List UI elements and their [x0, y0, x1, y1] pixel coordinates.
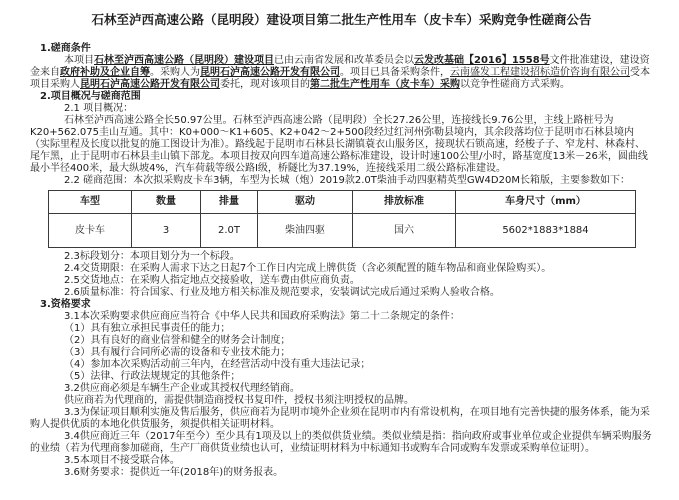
intro-paragraph: 本项目石林至泸西高速公路（昆明段）建设项目已由云南省发展和改革委员会以云发改基础…: [30, 55, 653, 91]
quality-standard-paragraph: 2.6质量标准：符合国家、行业及地方相关标准及规范要求，安装调试完成后通过采购人…: [30, 287, 653, 299]
supplier-requirement-paragraph: 3.2供应商必须是车辆生产企业或其授权代理经销商。: [30, 383, 653, 395]
cell-body-size: 5602*1883*1884: [456, 214, 636, 248]
text-segment: 政府补助及企业自筹: [60, 67, 150, 78]
header-vehicle-type: 车型: [49, 191, 132, 214]
table-header-row: 车型 数量 排量 驱动 排放标准 车身尺寸（mm）: [49, 191, 636, 214]
text-segment: 云发改基础【2016】1558号: [414, 55, 550, 66]
section-2-heading: 2.项目概况与磋商范围: [30, 91, 653, 103]
text-segment: 本项目: [64, 55, 94, 66]
header-body-size: 车身尺寸（mm）: [456, 191, 636, 214]
text-segment: 昆明石泸高速公路开发有限公司: [80, 79, 220, 90]
consultation-scope-paragraph: 2.2 磋商范围：本次拟采购皮卡车3辆，车型为长城（炮）2019款2.0T柴油手…: [30, 175, 653, 187]
text-segment: 昆明石泸高速公路开发有限公司: [200, 67, 340, 78]
text-segment: 。项目已具备采购条件，: [340, 67, 450, 78]
agent-authorization-paragraph: 供应商若为代理商的，需提供制造商授权书复印件，授权书须注明授权的品牌。: [30, 395, 653, 407]
section-3-heading: 3.资格要求: [30, 299, 653, 311]
text-segment: 。采购人为: [150, 67, 200, 78]
financial-requirement-paragraph: 3.6财务要求：提供近一年(2018年)的财务报表。: [30, 467, 653, 479]
cell-drive: 柴油四驱: [258, 214, 353, 248]
page-title: 石林至泸西高速公路（昆明段）建设项目第二批生产性用车（皮卡车）采购竞争性磋商公告: [30, 12, 653, 28]
performance-record-paragraph: 3.4供应商近三年（2017年至今）至少具有1项及以上的类似供货业绩。类似业绩是…: [30, 431, 653, 455]
header-drive: 驱动: [258, 191, 353, 214]
cell-emission-standard: 国六: [353, 214, 456, 248]
text-segment: 第二批生产性用车（皮卡车）采购: [310, 79, 460, 90]
text-segment: 已由云南省发展和改革委员会以: [274, 55, 414, 66]
qualification-item-4: （4）参加本次采购活动前三年内，在经营活动中没有重大违法记录；: [30, 359, 653, 371]
project-overview-label: 2.1 项目概况：: [30, 103, 653, 115]
no-consortium-paragraph: 3.5本项目不接受联合体。: [30, 455, 653, 467]
local-service-paragraph: 3.3为保证项目顺利实施及售后服务，供应商若为昆明市境外企业须在昆明市内有常设机…: [30, 407, 653, 431]
qualification-item-1: （1）具有独立承担民事责任的能力；: [30, 323, 653, 335]
delivery-place-paragraph: 2.5交货地点：在采购人指定地点交接验收，送车费由供应商负责。: [30, 275, 653, 287]
vehicle-parameter-table: 车型 数量 排量 驱动 排放标准 车身尺寸（mm） 皮卡车 3 2.0T 柴油四…: [48, 190, 636, 248]
qualification-item-5: （5）法律、行政法规规定的其他条件；: [30, 371, 653, 383]
document-page: 石林至泸西高速公路（昆明段）建设项目第二批生产性用车（皮卡车）采购竞争性磋商公告…: [0, 0, 679, 479]
header-quantity: 数量: [132, 191, 201, 214]
header-emission-standard: 排放标准: [353, 191, 456, 214]
qualification-item-3: （3）具有履行合同所必需的设备和专业技术能力；: [30, 347, 653, 359]
qualification-intro-paragraph: 3.1本次采购要求供应商应当符合《中华人民共和国政府采购法》第二十二条规定的条件…: [30, 311, 653, 323]
table-row: 皮卡车 3 2.0T 柴油四驱 国六 5602*1883*1884: [49, 214, 636, 248]
text-segment: 云南盛发工程建设招标造价咨询有限公司: [450, 67, 630, 78]
cell-vehicle-type: 皮卡车: [49, 214, 132, 248]
project-overview-body: 石林至泸西高速公路全长50.97公里。石林至泸西高速公路（昆明段）全长27.26…: [30, 115, 653, 175]
delivery-deadline-paragraph: 2.4交货期限：在采购人需求下达之日起7个工作日内完成上牌供货（含必须配置的随车…: [30, 263, 653, 275]
text-segment: 以竞争性磋商方式采购。: [460, 79, 570, 90]
cell-quantity: 3: [132, 214, 201, 248]
header-displacement: 排量: [201, 191, 258, 214]
text-segment: 石林至泸西高速公路（昆明段）建设项目: [94, 55, 274, 66]
qualification-item-2: （2）具有良好的商业信誉和健全的财务会计制度；: [30, 335, 653, 347]
section-1-heading: 1.磋商条件: [30, 43, 653, 55]
lot-division-paragraph: 2.3标段划分：本项目划分为一个标段。: [30, 251, 653, 263]
cell-displacement: 2.0T: [201, 214, 258, 248]
text-segment: 委托，现对该项目的: [220, 79, 310, 90]
